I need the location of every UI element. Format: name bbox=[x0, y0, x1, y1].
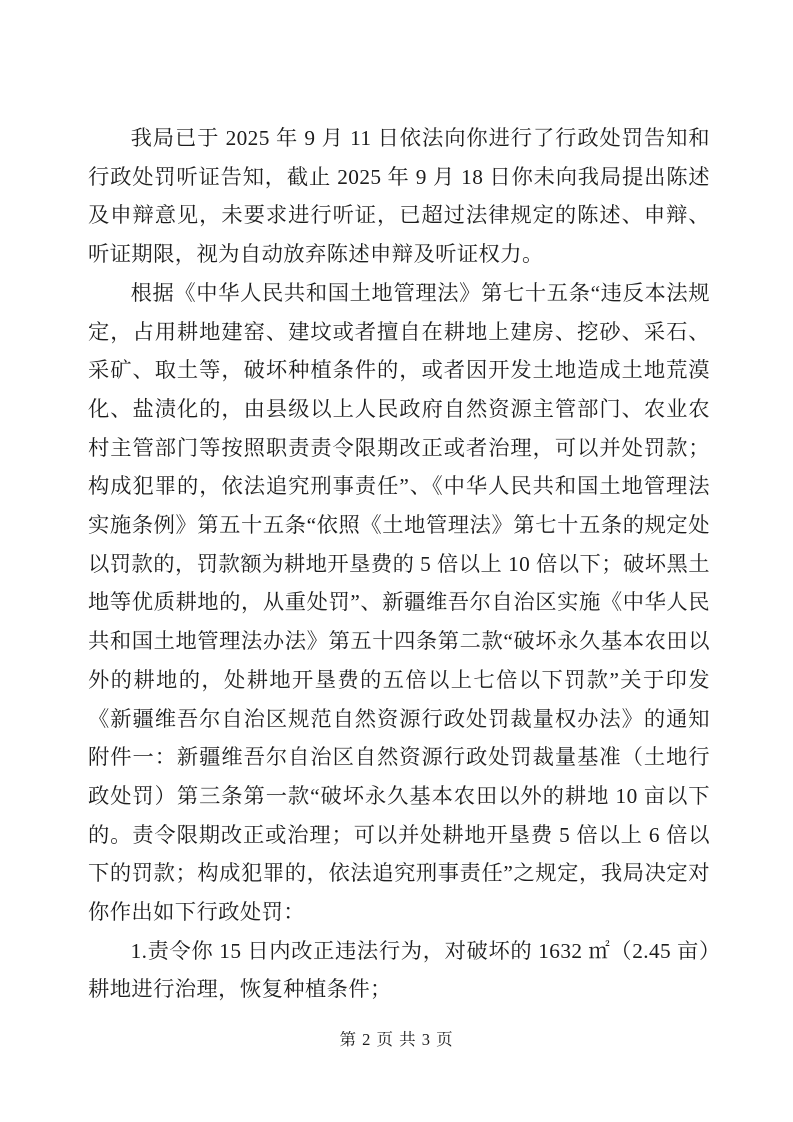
page-number-footer: 第 2 页 共 3 页 bbox=[0, 1028, 793, 1052]
paragraph-penalty-item-1: 1.责令你 15 日内改正违法行为，对破坏的 1632 ㎡（2.45 亩）耕地进… bbox=[88, 932, 710, 1009]
document-text-block: 我局已于 2025 年 9 月 11 日依法向你进行了行政处罚告知和行政处罚听证… bbox=[88, 119, 710, 1009]
paragraph-legal-basis: 根据《中华人民共和国土地管理法》第七十五条“违反本法规定，占用耕地建窑、建坟或者… bbox=[88, 274, 710, 932]
document-page: 我局已于 2025 年 9 月 11 日依法向你进行了行政处罚告知和行政处罚听证… bbox=[0, 0, 793, 1122]
paragraph-notice-of-rights: 我局已于 2025 年 9 月 11 日依法向你进行了行政处罚告知和行政处罚听证… bbox=[88, 119, 710, 274]
